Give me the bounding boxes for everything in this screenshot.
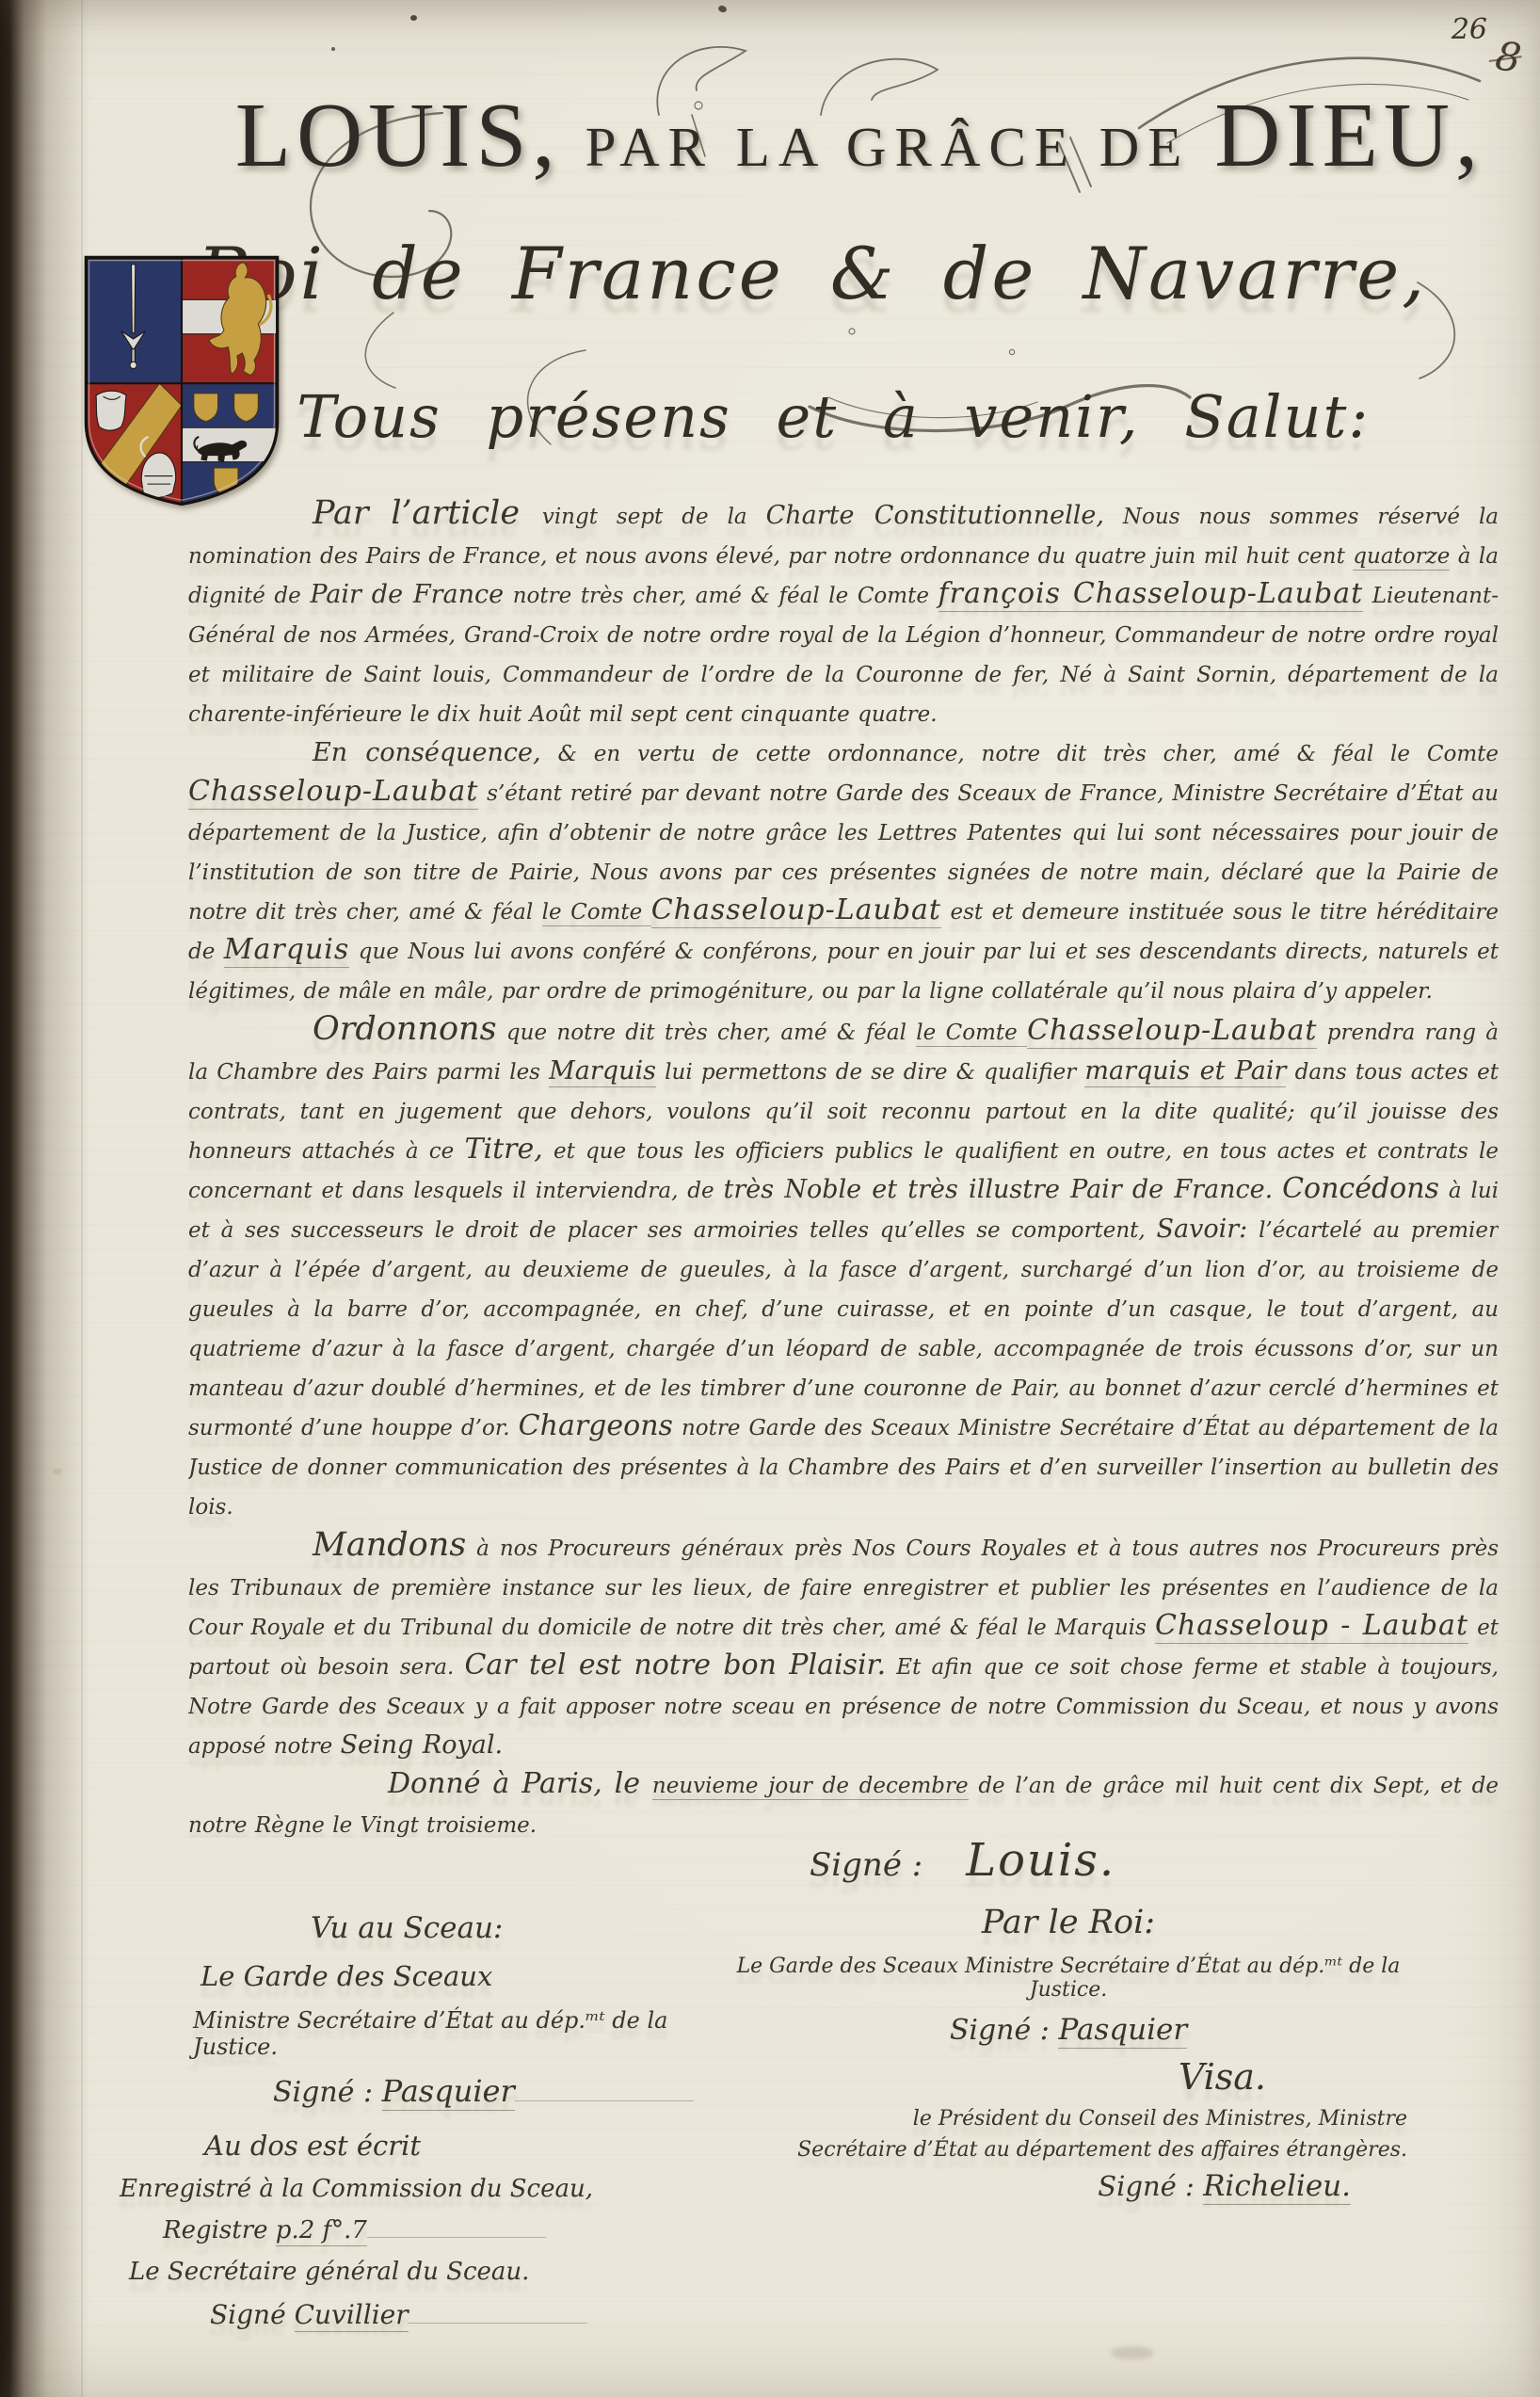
paragraph-consequence: En conséquence, & en vertu de cette ordo… <box>188 736 1499 1013</box>
title-word-dieu: DIEU, <box>1214 83 1484 187</box>
text-run: & en vertu de cette ordonnance, notre di… <box>541 742 1499 766</box>
signature-name-richelieu: Richelieu. <box>1203 2169 1351 2205</box>
seal-line2: Ministre Secrétaire d’État au dép.ᵐᵗ de … <box>193 2007 720 2060</box>
signature-rule-line <box>409 2311 587 2324</box>
title-word-louis: LOUIS, <box>235 83 561 187</box>
king-attestation-block: Par le Roi: Le Garde des Sceaux Ministre… <box>730 1904 1407 2203</box>
title-middle-text: PAR LA GRÂCE DE <box>586 115 1191 180</box>
text-run: Concédons <box>1282 1172 1439 1205</box>
visa-heading: Visa. <box>730 2056 1266 2098</box>
text-run: Marquis <box>224 933 349 968</box>
registration-line1: Au dos est écrit <box>204 2130 654 2162</box>
text-run: Vingt troisieme. <box>361 1813 537 1838</box>
text-run: Car tel est notre bon Plaisir. <box>464 1649 886 1681</box>
king-signature: Signé : Pasquier <box>730 2013 1407 2047</box>
king-heading: Par le Roi: <box>730 1904 1407 1941</box>
register-label: Registre <box>163 2216 268 2244</box>
text-run: l’écartelé au premier d’azur à l’épée d’… <box>188 1218 1499 1440</box>
text-run: Chasseloup - Laubat <box>1155 1609 1468 1644</box>
salutation-line: A Tous présens et à venir, Salut: <box>104 382 1474 451</box>
seal-signature: Signé : Pasquier <box>273 2073 720 2109</box>
text-run: Savoir: <box>1157 1215 1248 1244</box>
paragraph-dateline: Donné à Paris, le neuvieme jour de decem… <box>188 1768 1499 1838</box>
text-run: Chasseloup-Laubat <box>188 775 478 810</box>
text-run: vingt sept de la <box>542 505 766 529</box>
text-run: Seing Royal. <box>341 1730 504 1760</box>
visa-signature: Signé : Richelieu. <box>730 2169 1351 2203</box>
seal-line1: Le Garde des Sceaux <box>201 1960 720 1992</box>
text-run: Charte Constitutionnelle, <box>766 501 1104 530</box>
ink-speck <box>410 15 417 21</box>
text-run <box>1273 1179 1282 1203</box>
text-run: Ordonnons <box>313 1010 497 1048</box>
registration-line2: Enregistré à la Commission du Sceau, <box>120 2175 654 2203</box>
registration-register-line: Registre p.2 f°.7 <box>163 2216 654 2244</box>
registration-line3: Le Secrétaire général du Sceau. <box>129 2258 654 2286</box>
text-run: Marquis <box>549 1056 656 1087</box>
text-run: neuvieme jour de decembre <box>652 1774 969 1800</box>
signature-name-cuvillier: Cuvillier <box>295 2299 409 2332</box>
signature-name-pasquier: Pasquier <box>382 2073 515 2111</box>
king-line1: Le Garde des Sceaux Ministre Secrétaire … <box>730 1955 1407 2002</box>
registration-signature: Signé Cuvillier <box>210 2299 654 2330</box>
coat-of-arms <box>81 252 282 510</box>
text-run: quatorze <box>1353 544 1450 571</box>
visa-line2: Secrétaire d’État au département des aff… <box>730 2138 1407 2162</box>
signed-label: Signé <box>210 2299 286 2330</box>
paragraph-ordonnons: Ordonnons que notre dit très cher, amé &… <box>188 1013 1499 1529</box>
signature-rule-line <box>515 2089 694 2101</box>
text-run: françois Chasseloup-Laubat <box>938 577 1364 612</box>
text-run: Titre, <box>464 1133 542 1166</box>
binding-gutter <box>0 0 90 2397</box>
document-body: Par l’article vingt sept de la Charte Co… <box>188 497 1499 1838</box>
royal-signature-name: Louis. <box>966 1834 1115 1887</box>
signed-label: Signé : <box>810 1846 922 1884</box>
registration-block: Au dos est écrit Enregistré à la Commiss… <box>89 2130 654 2343</box>
signed-label: Signé : <box>950 2014 1050 2047</box>
text-run: Pair de France <box>310 580 504 609</box>
corner-mark-number: 8 <box>1493 32 1524 81</box>
letters-patent-page: { "palette": { "paper": "#eae6d9", "ink"… <box>0 0 1540 2397</box>
text-run: Chargeons <box>519 1409 673 1442</box>
text-run: très Noble et très illustre Pair de Fran… <box>724 1175 1274 1204</box>
text-run: que notre dit très cher, amé & féal <box>497 1021 917 1045</box>
signed-label: Signé : <box>1098 2170 1195 2202</box>
text-run: Chasseloup-Laubat <box>1027 1014 1317 1049</box>
ink-speck <box>717 5 728 14</box>
coat-of-arms-shield <box>81 252 282 510</box>
text-run: Mandons <box>313 1526 466 1564</box>
text-run: que Nous lui avons conféré & conférons, … <box>188 940 1499 1004</box>
text-run: En conséquence, <box>313 738 541 767</box>
paragraph-charte: Par l’article vingt sept de la Charte Co… <box>188 497 1499 736</box>
foxing-spot <box>53 1469 62 1474</box>
text-run: le Comte <box>916 1021 1027 1047</box>
signature-name-pasquier: Pasquier <box>1058 2013 1187 2049</box>
document-title: LOUIS, PAR LA GRÂCE DE DIEU, <box>235 83 1484 187</box>
text-run: marquis et Pair <box>1084 1056 1286 1087</box>
seal-heading: Vu au Sceau: <box>311 1911 720 1945</box>
paper-smudge <box>1111 2346 1154 2359</box>
seal-attestation-block: Vu au Sceau: Le Garde des Sceaux Ministr… <box>193 1911 720 2109</box>
text-run: Par l’article <box>313 497 542 532</box>
royal-signature: Signé : Louis. <box>810 1834 1115 1887</box>
visa-line1: le Président du Conseil des Ministres, M… <box>730 2107 1407 2131</box>
folio-number: 26 <box>1452 13 1487 46</box>
royal-style-line: Roi de France & de Navarre, <box>132 232 1493 315</box>
signed-label: Signé : <box>273 2076 373 2109</box>
paragraph-mandons: Mandons à nos Procureurs généraux près N… <box>188 1529 1499 1768</box>
text-run: lui permettons de se dire & qualifier <box>656 1060 1084 1085</box>
text-run: Donné à Paris, le <box>388 1767 652 1800</box>
text-run: Chasseloup-Laubat <box>651 893 941 928</box>
register-value: p.2 f°.7 <box>276 2216 367 2246</box>
text-run: notre très cher, amé & féal le Comte <box>504 584 938 608</box>
register-rule-line <box>367 2226 546 2238</box>
cuirass-argent <box>96 391 126 430</box>
text-run: le Comte <box>542 900 651 926</box>
ink-speck <box>331 47 335 51</box>
